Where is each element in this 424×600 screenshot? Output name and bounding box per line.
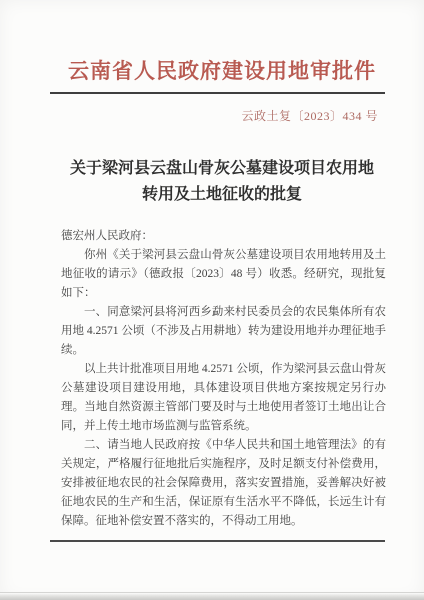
document-number: 云政土复〔2023〕434 号 (241, 107, 378, 124)
footer-divider-line (50, 540, 385, 542)
body-paragraph: 二、请当地人民政府按《中华人民共和国土地管理法》的有关规定，严格履行征地批后实施… (61, 436, 386, 531)
document-subject: 关于梁河县云盘山骨灰公墓建设项目农用地 转用及土地征收的批复 (50, 156, 394, 208)
paper-bottom-edge (0, 592, 424, 600)
body-paragraph: 以上共计批准项目用地 4.2571 公顷，作为梁河县云盘山骨灰公墓建设项目建设用… (61, 360, 386, 436)
letterhead-title: 云南省人民政府建设用地审批件 (50, 55, 394, 85)
subject-line-2: 转用及土地征收的批复 (50, 182, 394, 208)
document-page: 云南省人民政府建设用地审批件 云政土复〔2023〕434 号 关于梁河县云盘山骨… (0, 0, 424, 600)
body-paragraph: 你州《关于梁河县云盘山骨灰公墓建设项目农用地转用及土地征收的请示》（德政报〔20… (61, 246, 386, 303)
body-paragraph: 一、同意梁河县将河西乡勐来村民委员会的农民集体所有农用地 4.2571 公顷（不… (61, 303, 386, 360)
addressee: 德宏州人民政府： (61, 227, 386, 246)
letterhead-divider-line (50, 92, 385, 94)
document-body: 德宏州人民政府： 你州《关于梁河县云盘山骨灰公墓建设项目农用地转用及土地征收的请… (61, 227, 386, 531)
subject-line-1: 关于梁河县云盘山骨灰公墓建设项目农用地 (50, 156, 394, 182)
